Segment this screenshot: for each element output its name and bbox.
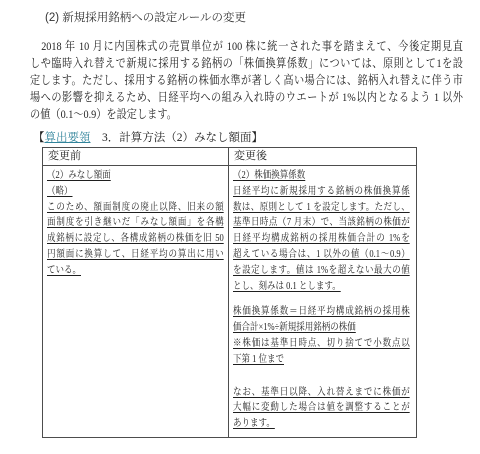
text-line: 円額面に換算して、日経平均の算出に用い	[47, 247, 224, 263]
after-cell: （2）株価換算係数 日経平均に新規採用する銘柄の株価換算係数は、原則として 1 …	[229, 166, 417, 438]
table-header-row: 変更前 変更後	[43, 148, 417, 166]
intro-paragraph: 2018 年 10 月に内国株式の売買単位が 100 株に統一された事を踏まえて…	[30, 38, 463, 123]
table-body-row: （2）みなし額面 （略） このため、額面制度の廃止以降、旧来の額面制度を引き継い…	[43, 166, 417, 438]
before-abbreviation: （略）	[47, 184, 224, 200]
text-line: 下第 1 位まで	[233, 352, 410, 368]
text-line: 日経平均構成銘柄の採用株価合計の 1%を	[233, 231, 410, 247]
text-line: 数は、原則として 1 を設定します。ただし、	[233, 200, 410, 216]
text-line: 大幅に変動した場合は値を調整することが	[233, 400, 410, 416]
text-line: 場への影響を抑えるため、日経平均への組み入れ時のウエートが 1%以内となるよう …	[30, 89, 463, 106]
table-caption: 【算出要領 3．計算方法（2）みなし額面】	[33, 129, 263, 145]
paragraph-gap	[233, 368, 412, 385]
text-line: なお、基準日以降、入れ替えまでに株価が	[233, 385, 410, 401]
text-line: あります。	[233, 416, 410, 432]
section-heading: (2) 新規採用銘柄への設定ルールの変更	[45, 9, 246, 25]
after-footer-paragraph: なお、基準日以降、入れ替えまでに株価が大幅に変動した場合は値を調整することがあり…	[233, 385, 412, 432]
text-line: 面制度を引き継いだ「みなし額面」を各構	[47, 215, 224, 231]
before-body-paragraph: このため、額面制度の廃止以降、旧来の額面制度を引き継いだ「みなし額面」を各構成銘…	[47, 200, 224, 279]
calculation-guide-link[interactable]: 算出要領	[45, 132, 91, 144]
text-line: を設定します。値は 1%を超えない最大の値	[233, 263, 410, 279]
text-line: の値（0.1～0.9）を設定します。	[30, 106, 463, 123]
text-line: ている。	[47, 263, 224, 279]
text-line: しや臨時入れ替えで新規に採用する銘柄の「株価換算係数」については、原則として1を…	[30, 55, 463, 72]
comparison-table: 変更前 変更後 （2）みなし額面 （略） このため、額面制度の廃止以降、旧来の額…	[42, 147, 417, 438]
before-cell: （2）みなし額面 （略） このため、額面制度の廃止以降、旧来の額面制度を引き継い…	[43, 166, 229, 438]
before-title: （2）みなし額面	[47, 168, 224, 184]
after-main-paragraph: 日経平均に新規採用する銘柄の株価換算係数は、原則として 1 を設定します。ただし…	[233, 184, 412, 295]
text-line: 基準日時点（7 月末）で、当該銘柄の株価が	[233, 215, 410, 231]
text-line: 超えている場合は、1 以外の値（0.1～0.9）	[233, 247, 410, 263]
column-header-before: 変更前	[43, 148, 229, 166]
text-line: このため、額面制度の廃止以降、旧来の額	[47, 200, 224, 216]
after-title: （2）株価換算係数	[233, 168, 410, 184]
caption-open-bracket: 【	[33, 132, 45, 144]
text-line: 定します。ただし、採用する銘柄の株価水準が著しく高い場合には、銘柄入れ替えに伴う…	[30, 72, 463, 89]
caption-rest: 3．計算方法（2）みなし額面】	[91, 132, 264, 144]
paragraph-gap	[233, 294, 412, 304]
text-line: ※株価は基準日時点、切り捨てで小数点以	[233, 336, 410, 352]
text-line: 成銘柄に設定し、各構成銘柄の株価を旧 50	[47, 231, 224, 247]
text-line: 価合計×1%÷新規採用銘柄の株価	[233, 320, 410, 336]
text-line: とし、刻みは 0.1 とします。	[233, 279, 410, 295]
text-line: 日経平均に新規採用する銘柄の株価換算係	[233, 184, 410, 200]
text-line: 株価換算係数＝日経平均構成銘柄の採用株	[233, 304, 410, 320]
column-header-after: 変更後	[229, 148, 417, 166]
after-formula: 株価換算係数＝日経平均構成銘柄の採用株価合計×1%÷新規採用銘柄の株価	[233, 304, 412, 336]
document-page: (2) 新規採用銘柄への設定ルールの変更 2018 年 10 月に内国株式の売買…	[0, 0, 480, 454]
after-note: ※株価は基準日時点、切り捨てで小数点以下第 1 位まで	[233, 336, 412, 368]
text-line: 2018 年 10 月に内国株式の売買単位が 100 株に統一された事を踏まえて…	[30, 38, 463, 55]
